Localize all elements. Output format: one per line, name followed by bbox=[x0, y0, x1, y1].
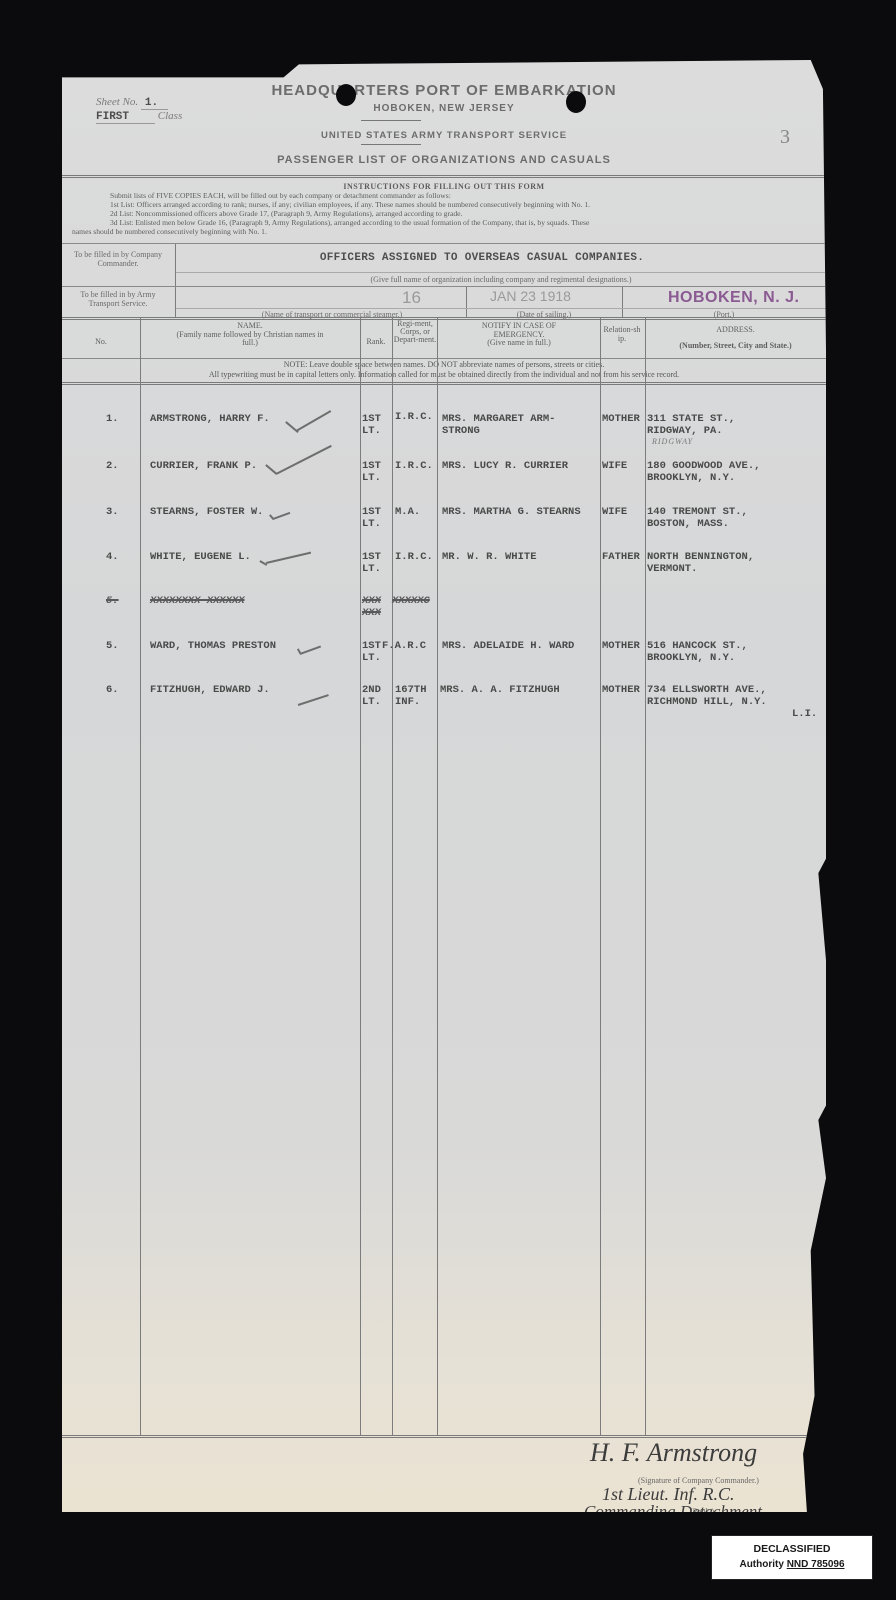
punch-hole bbox=[566, 91, 586, 113]
instruction-line: names should be numbered consecutively b… bbox=[70, 227, 818, 236]
passenger-rank: LT. bbox=[362, 472, 381, 484]
passenger-regiment: I.R.C. bbox=[395, 411, 433, 423]
passenger-name: STEARNS, FOSTER W. bbox=[150, 506, 263, 518]
rule bbox=[62, 286, 826, 287]
passenger-regiment: I.R.C. bbox=[395, 460, 433, 472]
passenger-regiment: 167TH bbox=[395, 684, 427, 696]
relationship: MOTHER bbox=[602, 684, 640, 696]
class-value: FIRST bbox=[96, 111, 155, 124]
column-header-address: ADDRESS. (Number, Street, City and State… bbox=[645, 326, 826, 350]
instruction-line: 1st List: Officers arranged according to… bbox=[70, 200, 818, 209]
emergency-contact: MRS. LUCY R. CURRIER bbox=[442, 460, 568, 472]
service-name: UNITED STATES ARMY TRANSPORT SERVICE bbox=[62, 130, 826, 141]
column-header-rank: Rank. bbox=[360, 338, 392, 347]
passenger-regiment: M.A. bbox=[395, 506, 420, 518]
commander-signature: H. F. Armstrong bbox=[590, 1438, 757, 1468]
address: L.I. bbox=[792, 708, 817, 720]
organization-field: OFFICERS ASSIGNED TO OVERSEAS CASUAL COM… bbox=[172, 252, 792, 264]
rule bbox=[62, 317, 826, 320]
column-header-relationship: Relation-ship. bbox=[603, 326, 641, 343]
relationship: MOTHER bbox=[602, 413, 640, 425]
passenger-regiment: INF. bbox=[395, 696, 420, 708]
declassified-authority: Authority NND 785096 bbox=[712, 1559, 872, 1570]
passenger-name: ARMSTRONG, HARRY F. bbox=[150, 413, 270, 425]
column-rule bbox=[437, 318, 438, 1435]
passenger-name: CURRIER, FRANK P. bbox=[150, 460, 257, 472]
relationship: WIFE bbox=[602, 506, 627, 518]
passenger-regiment: XXXXXC bbox=[392, 595, 430, 607]
passenger-rank: 1ST bbox=[362, 413, 381, 425]
address: 734 ELLSWORTH AVE., bbox=[647, 684, 767, 696]
passenger-rank: 2ND bbox=[362, 684, 381, 696]
divider bbox=[361, 120, 421, 121]
column-header-no: No. bbox=[62, 338, 140, 347]
address: RICHMOND HILL, N.Y. bbox=[647, 696, 767, 708]
passenger-number: 4. bbox=[106, 551, 119, 563]
passenger-regiment: I.R.C. bbox=[395, 551, 433, 563]
passenger-name: FITZHUGH, EDWARD J. bbox=[150, 684, 270, 696]
passenger-rank: LT. bbox=[362, 563, 381, 575]
column-header-name: NAME. (Family name followed by Christian… bbox=[140, 322, 360, 348]
address: 516 HANCOCK ST., bbox=[647, 640, 748, 652]
column-rule bbox=[392, 318, 393, 1435]
passenger-number: 2. bbox=[106, 460, 119, 472]
rule bbox=[62, 382, 826, 385]
column-subtitle: (Give name in full.) bbox=[438, 339, 600, 348]
sheet-number: 1. bbox=[141, 97, 168, 110]
checkmark-icon bbox=[276, 445, 332, 474]
column-subtitle: (Family name followed by Christian names… bbox=[175, 331, 325, 348]
address: NORTH BENNINGTON, bbox=[647, 551, 754, 563]
page-number: 3 bbox=[780, 126, 790, 149]
passenger-rank: 1ST bbox=[362, 506, 381, 518]
relationship: MOTHER bbox=[602, 640, 640, 652]
passenger-regiment: F.A.R.C bbox=[382, 640, 426, 652]
passenger-name: WARD, THOMAS PRESTON bbox=[150, 640, 276, 652]
address: 140 TREMONT ST., bbox=[647, 506, 748, 518]
instruction-line: 2d List: Noncommissioned officers above … bbox=[70, 209, 818, 218]
emergency-contact: MRS. MARGARET ARM- bbox=[442, 413, 555, 425]
column-header-notify: NOTIFY IN CASE OF EMERGENCY. (Give name … bbox=[438, 322, 600, 348]
emergency-contact: MRS. MARTHA G. STEARNS bbox=[442, 506, 581, 518]
column-subtitle: (Number, Street, City and State.) bbox=[645, 342, 826, 351]
passenger-rank: XXX bbox=[362, 607, 381, 619]
checkmark-icon bbox=[273, 512, 290, 520]
passenger-name: XXXXXXXX XXXXXX bbox=[150, 595, 245, 607]
passenger-rank: 1ST bbox=[362, 460, 381, 472]
column-rule bbox=[645, 318, 646, 1435]
commander-title: Commanding Detachment bbox=[584, 1502, 762, 1522]
handwritten-annotation: RIDGWAY bbox=[652, 436, 693, 448]
relationship: WIFE bbox=[602, 460, 627, 472]
company-commander-label: To be filled in by Company Commander. bbox=[68, 250, 168, 268]
instruction-line: Submit lists of FIVE COPIES EACH, will b… bbox=[70, 191, 818, 200]
column-title: NOTIFY IN CASE OF EMERGENCY. bbox=[464, 322, 574, 339]
checkmark-icon bbox=[298, 694, 329, 705]
authority-value: NND 785096 bbox=[787, 1559, 845, 1570]
column-rule bbox=[360, 318, 361, 1435]
rule bbox=[62, 175, 826, 178]
checkmark-icon bbox=[266, 552, 311, 564]
checkmark-icon bbox=[300, 646, 321, 655]
passenger-rank: XXX bbox=[362, 595, 381, 607]
passenger-rank: LT. bbox=[362, 518, 381, 530]
address: BROOKLYN, N.Y. bbox=[647, 472, 735, 484]
form-title: PASSENGER LIST OF ORGANIZATIONS AND CASU… bbox=[62, 154, 826, 166]
steamer-value: 16 bbox=[402, 288, 421, 308]
emergency-contact: MRS. A. A. FITZHUGH bbox=[440, 684, 560, 696]
column-title: ADDRESS. bbox=[645, 326, 826, 335]
declassified-title: DECLASSIFIED bbox=[712, 1543, 872, 1555]
passenger-rank: LT. bbox=[362, 425, 381, 437]
rule bbox=[62, 358, 826, 359]
checkmark-icon bbox=[296, 410, 331, 431]
organization-value: OFFICERS ASSIGNED TO OVERSEAS CASUAL COM… bbox=[172, 252, 792, 264]
passenger-rank: 1ST bbox=[362, 640, 381, 652]
rule bbox=[176, 272, 826, 273]
sheet-label: Sheet No. bbox=[96, 96, 138, 108]
passenger-rank: 1ST bbox=[362, 551, 381, 563]
address: 180 GOODWOOD AVE., bbox=[647, 460, 760, 472]
relationship: FATHER bbox=[602, 551, 640, 563]
passenger-number: 5. bbox=[106, 595, 119, 607]
address: BROOKLYN, N.Y. bbox=[647, 652, 735, 664]
passenger-number: 3. bbox=[106, 506, 119, 518]
sheet-info: Sheet No. 1. FIRST Class bbox=[96, 96, 182, 123]
date-of-sailing-value: JAN 23 1918 bbox=[490, 288, 571, 304]
passenger-number: 1. bbox=[106, 413, 119, 425]
note-line: NOTE: Leave double space between names. … bbox=[62, 360, 826, 370]
note-line: All typewriting must be in capital lette… bbox=[62, 370, 826, 380]
organization-caption: (Give full name of organization includin… bbox=[176, 275, 826, 284]
rule bbox=[62, 243, 826, 244]
transport-service-label: To be filled in by Army Transport Servic… bbox=[66, 290, 170, 308]
column-rule bbox=[140, 318, 141, 1435]
authority-label: Authority bbox=[739, 1559, 783, 1570]
emergency-contact: MRS. ADELAIDE H. WARD bbox=[442, 640, 574, 652]
address: VERMONT. bbox=[647, 563, 697, 575]
column-header-regiment: Regi-ment, Corps, or Depart-ment. bbox=[392, 320, 438, 344]
instructions-block: INSTRUCTIONS FOR FILLING OUT THIS FORM S… bbox=[70, 182, 818, 236]
passenger-name: WHITE, EUGENE L. bbox=[150, 551, 251, 563]
class-label: Class bbox=[158, 110, 182, 122]
declassified-stamp: DECLASSIFIED Authority NND 785096 bbox=[711, 1535, 873, 1580]
address: 311 STATE ST., bbox=[647, 413, 735, 425]
instruction-line: 3d List: Enlisted men below Grade 16, (P… bbox=[70, 218, 818, 227]
passenger-list-document: HEADQUARTERS PORT OF EMBARKATION HOBOKEN… bbox=[62, 60, 826, 1512]
port-stamp: HOBOKEN, N. J. bbox=[668, 289, 799, 307]
passenger-rank: LT. bbox=[362, 696, 381, 708]
column-rule bbox=[600, 318, 601, 1435]
divider bbox=[361, 144, 421, 145]
punch-hole bbox=[336, 84, 356, 106]
emergency-contact: STRONG bbox=[442, 425, 480, 437]
passenger-number: 5. bbox=[106, 640, 119, 652]
rule bbox=[176, 308, 826, 309]
instructions-title: INSTRUCTIONS FOR FILLING OUT THIS FORM bbox=[70, 182, 818, 191]
emergency-contact: MR. W. R. WHITE bbox=[442, 551, 537, 563]
passenger-number: 6. bbox=[106, 684, 119, 696]
passenger-rank: LT. bbox=[362, 652, 381, 664]
address: BOSTON, MASS. bbox=[647, 518, 729, 530]
